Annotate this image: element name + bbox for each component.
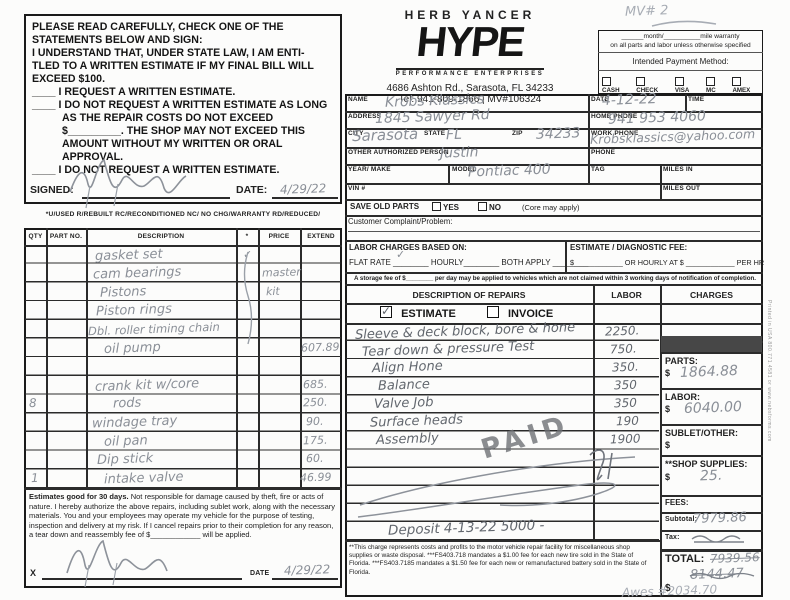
parts-col-qty: QTY [25,233,46,240]
part-desc: intake valve [104,470,184,488]
part-desc: Piston rings [96,302,172,320]
company-tagline: PERFORMANCE ENTERPRISES [396,68,545,77]
labor-basis-line: FLAT RATE ________ HOURLY________ BOTH A… [349,258,588,267]
core-note: (Core may apply) [522,203,580,212]
parts-col-desc: DESCRIPTION [86,233,236,240]
repair-labor: 2250. [605,323,640,338]
part-desc: oil pan [104,433,148,450]
amex-checkbox[interactable] [732,77,741,86]
time-label: TIME [688,96,704,103]
home-phone-value: 941 953 4060 [608,108,706,127]
dollar-sign: $ [665,440,670,450]
part-desc: oil pump [104,340,161,357]
x-date-value: 4/29/22 [284,562,331,578]
brace-scribble [240,250,260,350]
totals-divider-bar [661,336,762,352]
subtotal-value: 7979.86 [693,510,747,527]
repairs-col-desc: DESCRIPTION OF REPAIRS [345,290,593,300]
vin-label: VIN # [348,185,365,192]
part-extend: 685. [303,378,328,392]
phone-label: PHONE [591,149,615,156]
miles-out-label: MILES OUT [663,185,700,192]
shop-supplies-value: 25. [700,468,723,485]
signed-date-value: 4/29/22 [280,181,327,197]
fees-label: FEES: [665,498,689,507]
form-printer-note: Printed in USA 800.771.4581 or www.nebsf… [766,300,772,570]
estimate-invoice-row: ✓ ESTIMATE INVOICE [380,306,553,320]
repair-labor: 190 [616,414,639,429]
repairs-col-charges: CHARGES [660,290,763,300]
part-extend: 175. [303,434,328,448]
diagnostic-fee-line: $____________ OR HOURLY AT $ ___________… [570,258,764,267]
name-label: NAME [348,96,368,103]
total-label: TOTAL: [665,553,704,565]
no-checkbox[interactable] [478,202,487,211]
repair-labor: 350. [612,360,639,375]
storage-fee-line: A storage fee of $________ per day may b… [350,275,760,282]
repair-desc: Balance [378,377,430,394]
part-desc: Pistons [100,284,147,301]
save-parts-yes[interactable]: YES [432,202,459,212]
parts-col-extend: EXTEND [300,233,342,240]
flat-rate-check: ✓ [396,248,406,261]
repair-desc: Valve Job [374,395,434,412]
dollar-sign: $ [665,404,670,414]
warranty-line2: on all parts and labor unless otherwise … [600,42,761,49]
save-parts-no[interactable]: NO [478,202,501,212]
date-value: 4-12-22 [602,91,657,109]
visa-checkbox[interactable] [675,77,684,86]
tax-label: Tax: [665,534,680,541]
repair-labor: 750. [610,342,637,357]
repair-estimate-form: PLEASE READ CAREFULLY, CHECK ONE OF THE … [0,0,790,600]
year-make-label: YEAR/ MAKE [348,166,391,173]
disclaimer-lead: Estimates good for 30 days. [29,492,129,501]
part-extend: 46.99 [300,470,332,484]
part-desc: rods [113,396,142,412]
zip-value: 34233 [536,125,581,143]
part-extend: 90. [306,415,324,429]
labor-total-value: 6040.00 [684,399,742,417]
save-old-parts-label: SAVE OLD PARTS [350,202,419,211]
payment-option-amex[interactable]: AMEX [732,77,761,94]
zip-label: ZIP [512,130,523,137]
x-date-label: DATE [250,570,269,577]
statements-intro: I UNDERSTAND THAT, UNDER STATE LAW, I AM… [32,47,334,86]
statements-title: PLEASE READ CAREFULLY, CHECK ONE OF THE … [32,21,334,47]
parts-total-value: 1864.88 [680,363,738,381]
dollar-sign: $ [665,368,670,378]
part-extend: 250. [303,396,328,410]
parts-col-price: PRICE [258,233,300,240]
parts-col-partno: PART NO. [46,233,86,240]
payment-option-mc[interactable]: MC [706,77,726,94]
part-price-note: kit [266,285,280,298]
fine-print: **This charge represents costs and profi… [349,544,655,577]
repair-labor: 350 [614,378,637,393]
estimate-checkbox[interactable]: ✓ [380,306,392,318]
state-label: STATE [424,130,445,137]
city-value: Sarasota [352,125,419,145]
invoice-label: INVOICE [508,308,553,320]
tax-scribble [690,531,750,545]
signed-date-label: DATE: [236,184,267,196]
tag-label: TAG [591,166,605,173]
part-extend: 60. [306,452,324,466]
x-label: X [30,568,36,578]
signature-scribble [60,140,220,210]
statement-option-1: ____ I REQUEST A WRITTEN ESTIMATE. [32,86,334,99]
payment-option-visa[interactable]: VISA [675,77,700,94]
part-price-note: master [262,265,301,279]
company-logo: HYPE [350,22,590,62]
part-desc: cam bearings [93,264,182,282]
yes-checkbox[interactable] [432,202,441,211]
part-qty: 1 [31,471,39,485]
payment-method-title: Intended Payment Method: [600,57,761,66]
signature-scribble [55,525,215,585]
other-person-label: OTHER AUTHORIZED PERSON [348,149,449,156]
bottom-margin-note: Awes #2034.70 [622,582,718,599]
part-desc: windage tray [92,414,178,432]
repair-labor: 350 [614,396,637,411]
part-desc: gasket set [95,247,163,264]
company-header: HERB YANCER HYPE PERFORMANCE ENTERPRISES… [352,8,588,105]
dollar-sign: $ [665,472,670,482]
warranty-line1: ______month/__________mile warranty [600,33,761,40]
part-desc: Dip stick [97,451,154,468]
part-extend: 607.89 [301,340,340,354]
parts-col-star: * [236,233,258,240]
total-value-crossed: 7939.56 [710,550,760,566]
complaint-label: Customer Complaint/Problem: [348,217,452,226]
estimate-label: ESTIMATE [401,308,456,320]
invoice-checkbox[interactable] [487,306,499,318]
state-value: FL [446,127,462,144]
miles-in-label: MILES IN [663,166,693,173]
repairs-col-labor: LABOR [593,290,660,300]
sublet-label: SUBLET/OTHER: [665,428,738,438]
cash-checkbox[interactable] [602,77,611,86]
parts-code-legend: *U/USED R/REBUILT RC/RECONDITIONED NC/ N… [24,211,342,218]
diagnostic-fee-title: ESTIMATE / DIAGNOSTIC FEE: [570,243,687,252]
mc-checkbox[interactable] [706,77,715,86]
estimate-check-mark: ✓ [381,304,392,318]
total-scribble [688,570,758,582]
other-person-value: Justin [440,144,479,161]
parts-rows-grid [25,245,341,488]
check-checkbox[interactable] [636,77,645,86]
part-qty: 8 [29,396,37,410]
repair-desc: Align Hone [372,359,443,376]
labor-basis-title: LABOR CHARGES BASED ON: [349,243,467,252]
model-value: Pontiac 400 [468,162,551,181]
